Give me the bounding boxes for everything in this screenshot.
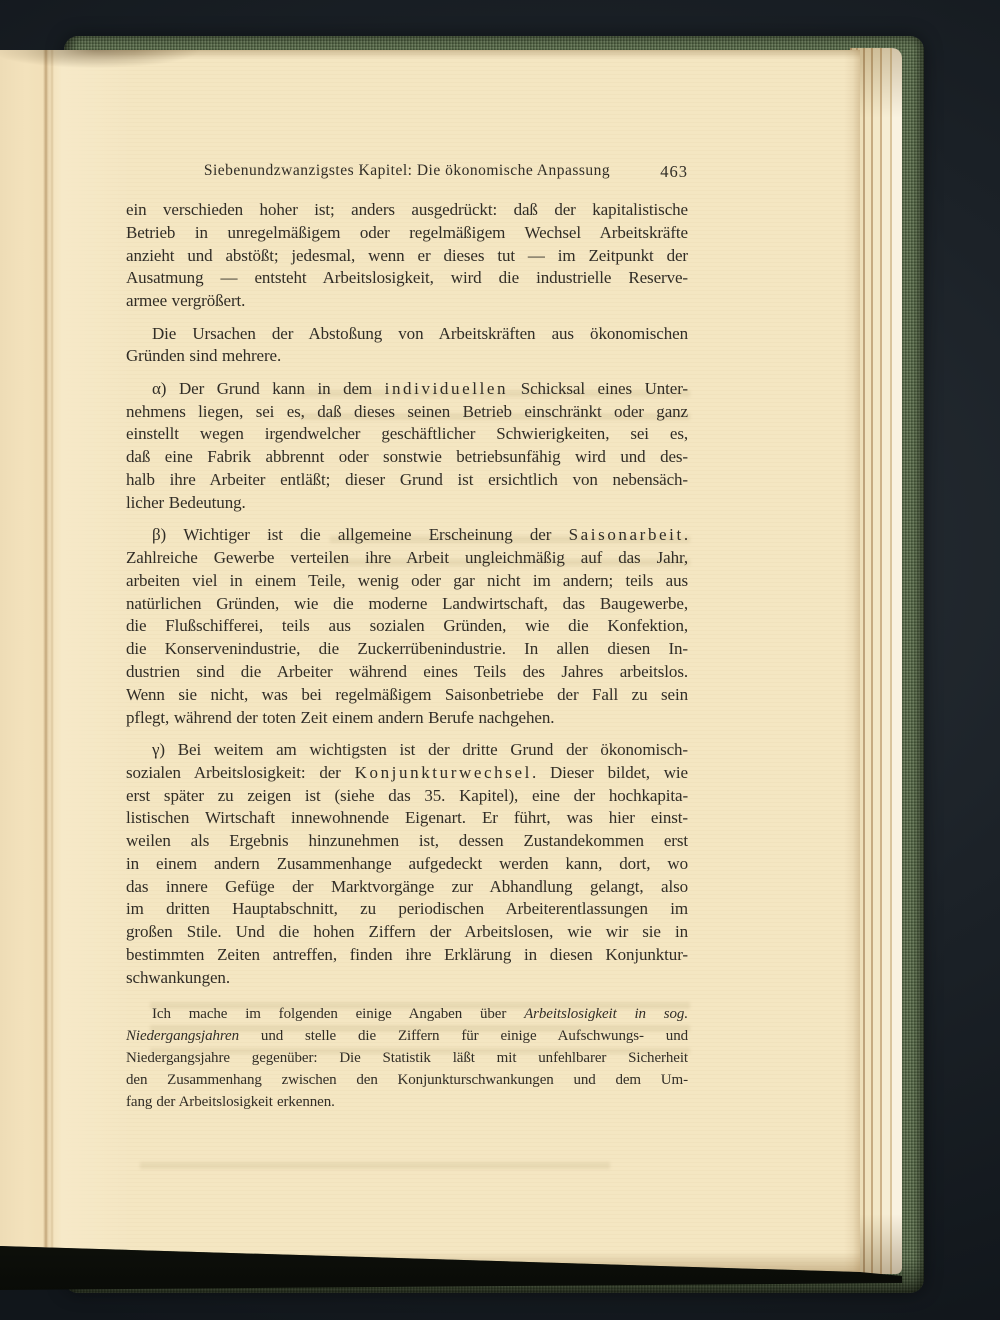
body-text: nehmens liegen, sei es, daß dieses seine…	[126, 402, 688, 421]
text-line: Wenn sie nicht, was bei regelmäßigem Sai…	[126, 684, 688, 707]
text-line: α) Der Grund kann in dem individuellen S…	[126, 378, 688, 401]
body-text: Schicksal eines Unter-	[508, 379, 688, 398]
text-line: Zahlreiche Gewerbe verteilen ihre Arbeit…	[126, 547, 688, 570]
text-line: Niedergangsjahren und stelle die Ziffern…	[126, 1025, 688, 1047]
body-text: . Dieser bildet, wie	[532, 763, 688, 782]
text-line: ein verschieden hoher ist; anders ausged…	[126, 199, 688, 222]
body-text: ein verschieden hoher ist; anders ausged…	[126, 200, 688, 219]
body-text: pflegt, während der toten Zeit einem and…	[126, 708, 554, 727]
text-line: das innere Gefüge der Marktvorgänge zur …	[126, 876, 688, 899]
body-text: Niedergangsjahre gegenüber: Die Statisti…	[126, 1050, 688, 1066]
body-text: Ich mache im folgenden einige Angaben üb…	[152, 1006, 524, 1022]
text-line: sozialen Arbeitslosigkeit: der Konjunktu…	[126, 762, 688, 785]
body-text: einstellt wegen irgendwelcher geschäftli…	[126, 424, 688, 443]
emphasized-spaced-text: Saisonarbeit	[569, 525, 684, 544]
body-text: α) Der Grund kann in dem	[152, 379, 385, 398]
body-text: die Konservenindustrie, die Zuckerrübeni…	[126, 639, 688, 658]
text-line: licher Bedeutung.	[126, 492, 688, 515]
body-text: Gründen sind mehrere.	[126, 346, 281, 365]
body-text: erst später zu zeigen ist (siehe das 35.…	[126, 786, 688, 805]
text-line: weilen als Ergebnis hinzunehmen ist, des…	[126, 830, 688, 853]
emphasized-spaced-text: individuellen	[385, 379, 509, 398]
text-line: Niedergangsjahre gegenüber: Die Statisti…	[126, 1047, 688, 1069]
text-line: Ausatmung — entsteht Arbeitslosigkeit, w…	[126, 267, 688, 290]
text-line: nehmens liegen, sei es, daß dieses seine…	[126, 401, 688, 424]
emphasized-spaced-text: Konjunkturwechsel	[355, 763, 532, 782]
text-line: pflegt, während der toten Zeit einem and…	[126, 707, 688, 730]
text-line: anzieht und abstößt; jedesmal, wenn er d…	[126, 245, 688, 268]
body-text: das innere Gefüge der Marktvorgänge zur …	[126, 877, 688, 896]
text-line: halb ihre Arbeiter entläßt; dieser Grund…	[126, 469, 688, 492]
text-line: γ) Bei weitem am wichtigsten ist der dri…	[126, 739, 688, 762]
text-line: schwankungen.	[126, 967, 688, 990]
body-text: Ausatmung — entsteht Arbeitslosigkeit, w…	[126, 268, 688, 287]
body-text: weilen als Ergebnis hinzunehmen ist, des…	[126, 831, 688, 850]
text-line: fang der Arbeitslosigkeit erkennen.	[126, 1091, 688, 1113]
body-text: anzieht und abstößt; jedesmal, wenn er d…	[126, 246, 688, 265]
body-text: in einem andern Zusammenhange aufgedeckt…	[126, 854, 688, 873]
text-block: ein verschieden hoher ist; anders ausged…	[126, 199, 688, 1113]
paragraph: β) Wichtiger ist die allgemeine Erschein…	[126, 524, 688, 729]
body-text: Die Ursachen der Abstoßung von Arbeitskr…	[152, 324, 688, 343]
body-text: .	[684, 525, 688, 544]
text-line: Die Ursachen der Abstoßung von Arbeitskr…	[126, 323, 688, 346]
body-text: die Flußschifferei, teils aus sozialen G…	[126, 616, 688, 635]
body-text: natürlichen Gründen, wie die moderne Lan…	[126, 594, 688, 613]
italic-text: Niedergangsjahren	[126, 1028, 239, 1044]
body-text: daß eine Fabrik abbrennt oder sonstwie b…	[126, 447, 688, 466]
body-text: licher Bedeutung.	[126, 493, 246, 512]
text-line: dustrien sind die Arbeiter während eines…	[126, 661, 688, 684]
text-line: β) Wichtiger ist die allgemeine Erschein…	[126, 524, 688, 547]
page-number: 463	[660, 162, 688, 182]
text-line: listischen Wirtschaft innewohnende Eigen…	[126, 807, 688, 830]
body-text: Zahlreiche Gewerbe verteilen ihre Arbeit…	[126, 548, 688, 567]
text-line: einstellt wegen irgendwelcher geschäftli…	[126, 423, 688, 446]
text-line: im dritten Hauptabschnitt, zu periodisch…	[126, 898, 688, 921]
body-text: γ) Bei weitem am wichtigsten ist der dri…	[152, 740, 688, 759]
body-text: den Zusammenhang zwischen den Konjunktur…	[126, 1072, 688, 1088]
body-text: schwankungen.	[126, 968, 230, 987]
text-line: arbeiten viel in einem Teile, wenig oder…	[126, 570, 688, 593]
bleed-through-smudge	[140, 1162, 610, 1176]
text-line: Betrieb in unregelmäßigem oder regelmäßi…	[126, 222, 688, 245]
text-line: die Flußschifferei, teils aus sozialen G…	[126, 615, 688, 638]
paragraph: α) Der Grund kann in dem individuellen S…	[126, 378, 688, 515]
body-text: fang der Arbeitslosigkeit erkennen.	[126, 1094, 335, 1110]
body-text: im dritten Hauptabschnitt, zu periodisch…	[126, 899, 688, 918]
text-line: großen Stile. Und die hohen Ziffern der …	[126, 921, 688, 944]
body-text: großen Stile. Und die hohen Ziffern der …	[126, 922, 688, 941]
paragraph: γ) Bei weitem am wichtigsten ist der dri…	[126, 739, 688, 990]
body-text: Betrieb in unregelmäßigem oder regelmäßi…	[126, 223, 688, 242]
body-text: armee vergrößert.	[126, 291, 245, 310]
body-text: und stelle die Ziffern für einige Aufsch…	[239, 1028, 688, 1044]
book-photo-background: Siebenundzwanzigstes Kapitel: Die ökonom…	[0, 0, 1000, 1320]
text-line: natürlichen Gründen, wie die moderne Lan…	[126, 593, 688, 616]
chapter-title: Siebenundzwanzigstes Kapitel: Die ökonom…	[204, 162, 610, 179]
text-line: den Zusammenhang zwischen den Konjunktur…	[126, 1069, 688, 1091]
text-line: in einem andern Zusammenhange aufgedeckt…	[126, 853, 688, 876]
paragraph: Die Ursachen der Abstoßung von Arbeitskr…	[126, 323, 688, 369]
text-line: Gründen sind mehrere.	[126, 345, 688, 368]
text-line: Ich mache im folgenden einige Angaben üb…	[126, 1003, 688, 1025]
body-text: halb ihre Arbeiter entläßt; dieser Grund…	[126, 470, 688, 489]
body-text: sozialen Arbeitslosigkeit: der	[126, 763, 355, 782]
body-text: Wenn sie nicht, was bei regelmäßigem Sai…	[126, 685, 688, 704]
text-line: daß eine Fabrik abbrennt oder sonstwie b…	[126, 446, 688, 469]
body-text: dustrien sind die Arbeiter während eines…	[126, 662, 688, 681]
body-text: listischen Wirtschaft innewohnende Eigen…	[126, 808, 688, 827]
paragraph: Ich mache im folgenden einige Angaben üb…	[126, 1003, 688, 1113]
paragraph: ein verschieden hoher ist; anders ausged…	[126, 199, 688, 313]
body-text: bestimmten Zeiten antreffen, finden ihre…	[126, 945, 688, 964]
text-line: bestimmten Zeiten antreffen, finden ihre…	[126, 944, 688, 967]
text-line: armee vergrößert.	[126, 290, 688, 313]
text-line: die Konservenindustrie, die Zuckerrübeni…	[126, 638, 688, 661]
body-text: β) Wichtiger ist die allgemeine Erschein…	[152, 525, 569, 544]
italic-text: Arbeitslosigkeit in sog.	[524, 1006, 688, 1022]
running-header: Siebenundzwanzigstes Kapitel: Die ökonom…	[126, 162, 688, 186]
text-line: erst später zu zeigen ist (siehe das 35.…	[126, 785, 688, 808]
body-text: arbeiten viel in einem Teile, wenig oder…	[126, 571, 688, 590]
